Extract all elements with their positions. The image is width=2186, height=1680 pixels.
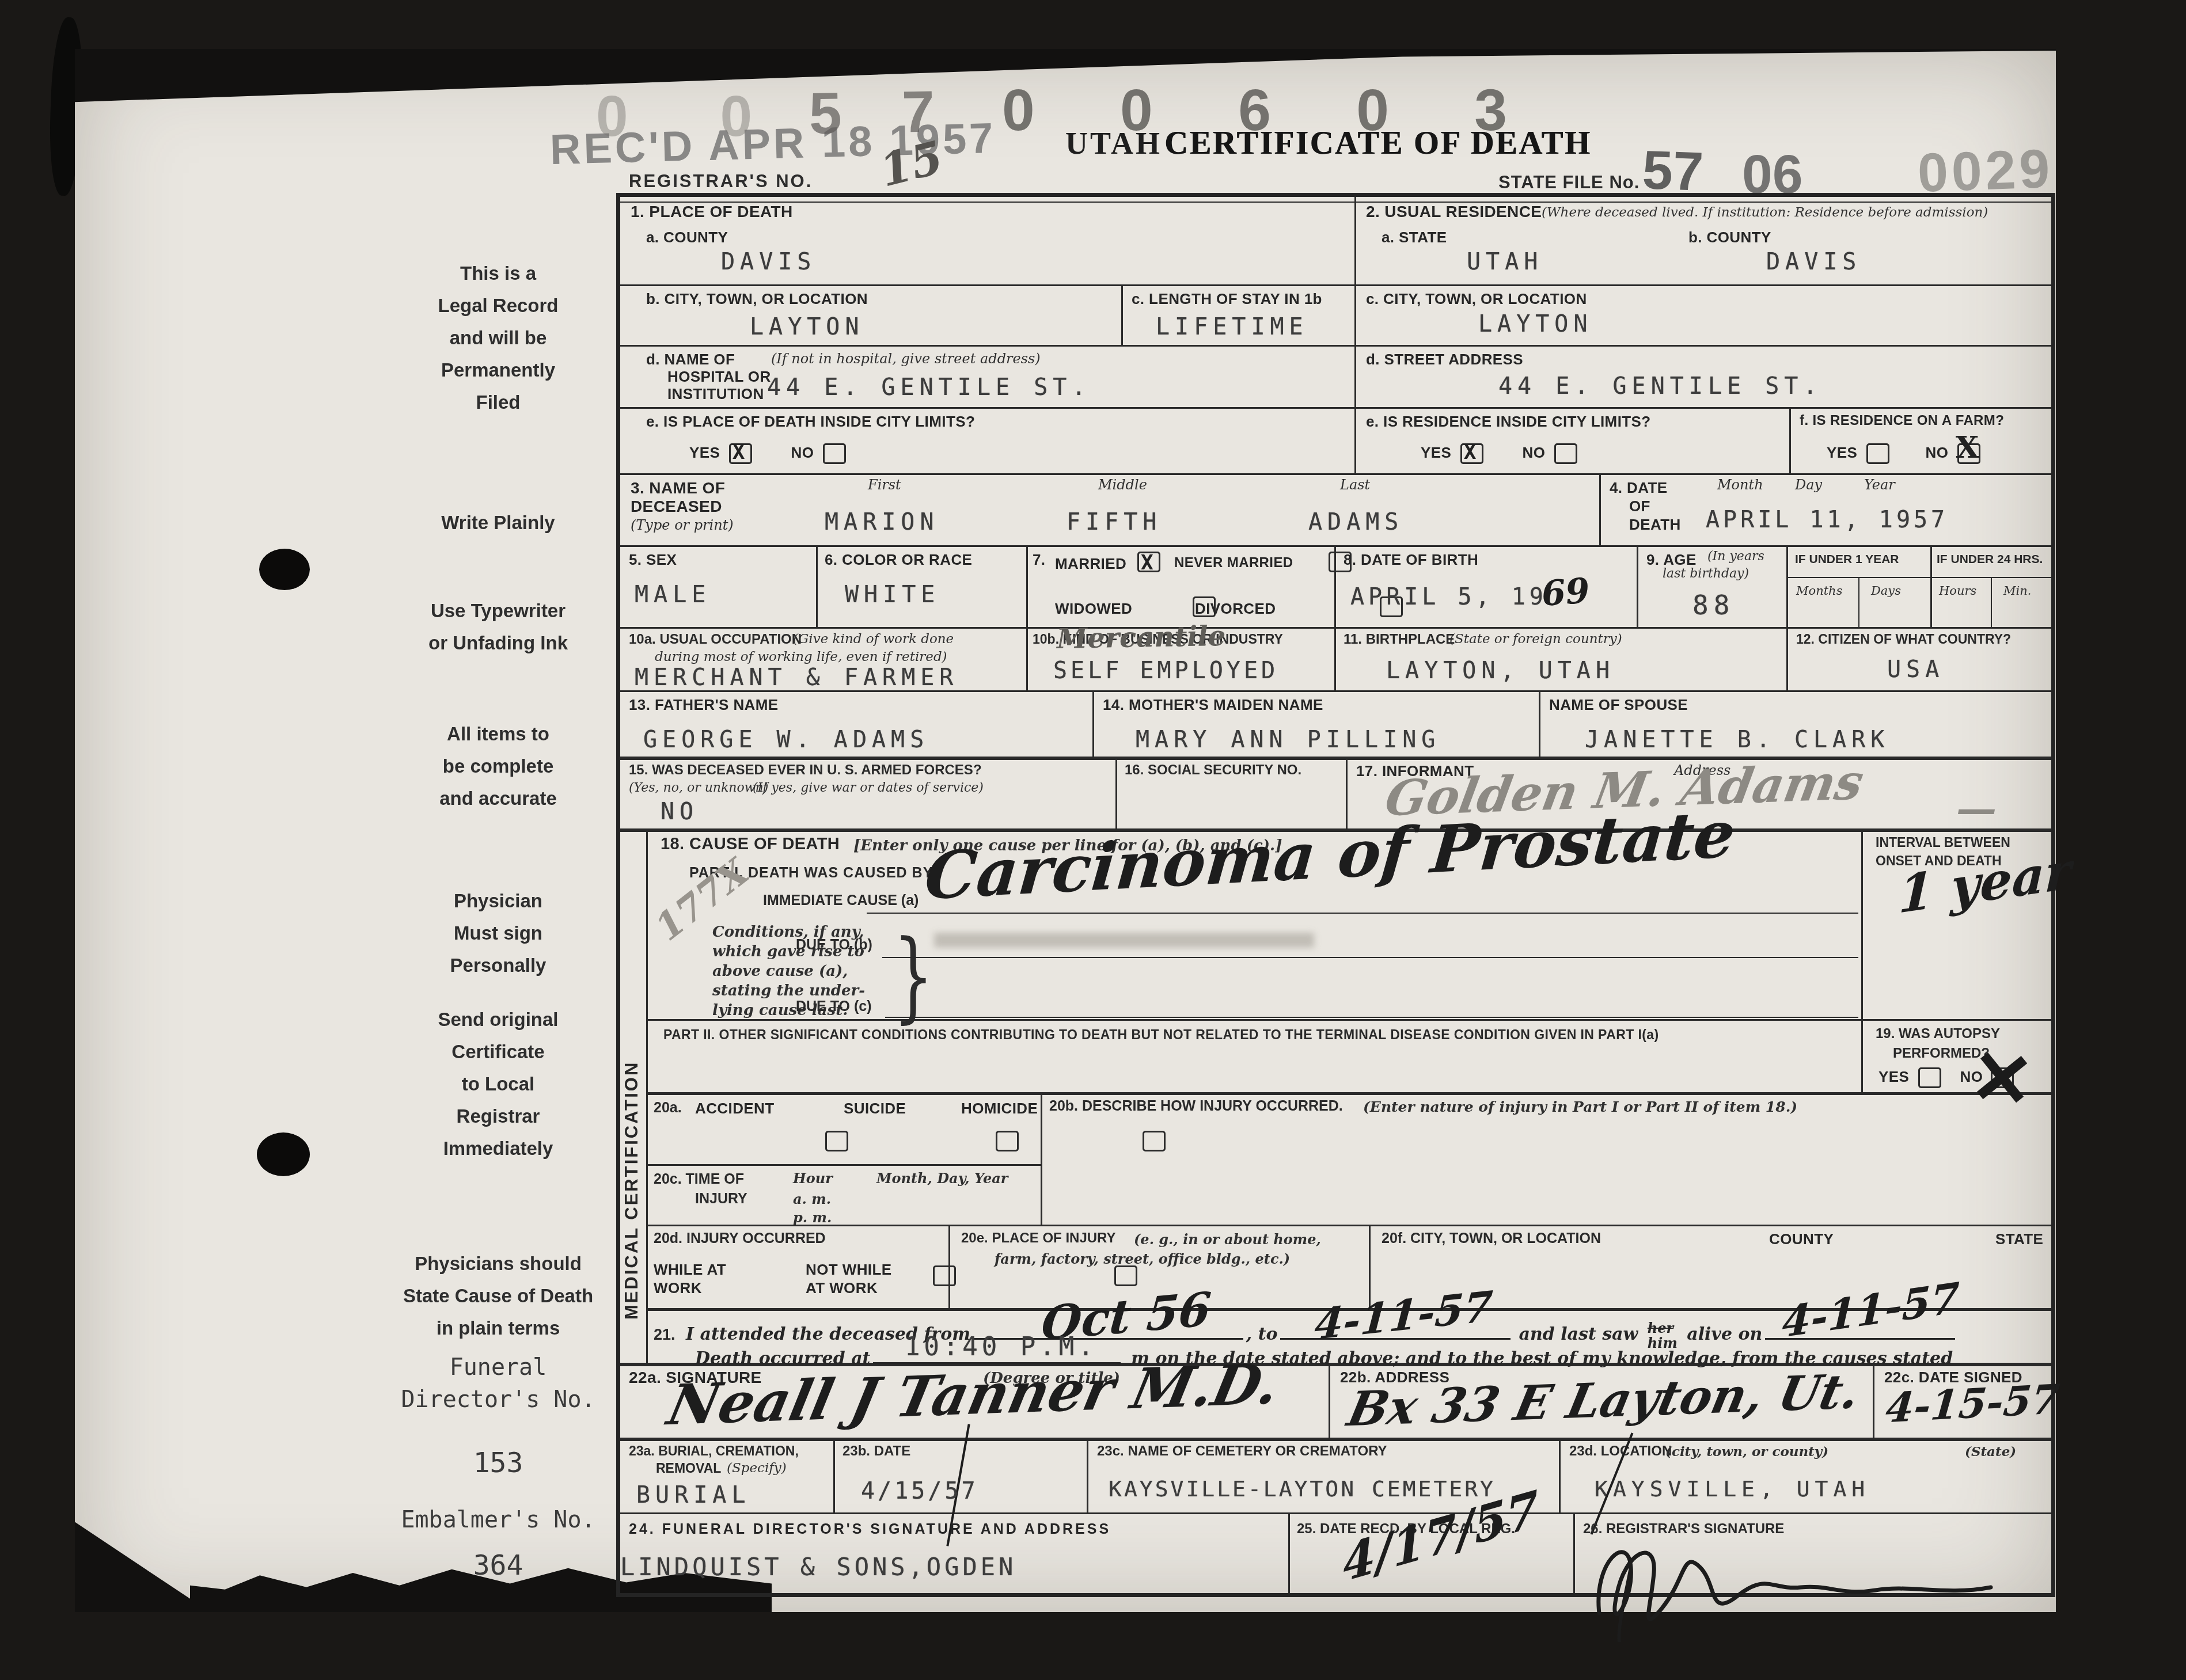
burial-date-value: 4/15/57 xyxy=(861,1478,978,1504)
hospital-name-note: (If not in hospital, give street address… xyxy=(771,351,1041,367)
certificate-paper: This is a Legal Record and will be Perma… xyxy=(75,49,2056,1612)
accident-row-number: 20a. xyxy=(654,1100,682,1116)
burial-date-label: 23b. DATE xyxy=(842,1443,910,1459)
residence-city-limits-label: e. IS RESIDENCE INSIDE CITY LIMITS? xyxy=(1366,413,1651,431)
widowed-label: WIDOWED xyxy=(1055,600,1132,618)
injury-county-header: COUNTY xyxy=(1769,1230,1834,1248)
mother-maiden-label: 14. MOTHER'S MAIDEN NAME xyxy=(1103,696,1323,714)
age-note-1: (In years xyxy=(1707,549,1764,564)
part2-label: PART II. OTHER SIGNIFICANT CONDITIONS CO… xyxy=(663,1027,1659,1043)
birthplace-value: LAYTON, UTAH xyxy=(1386,657,1615,684)
punch-hole-top xyxy=(259,549,310,590)
suicide-checkbox xyxy=(996,1131,1019,1151)
no-label: NO xyxy=(1925,444,1948,461)
grid-line xyxy=(646,1164,1041,1166)
last-saw-value: 4-11-57 xyxy=(1781,1272,1960,1347)
grid-line xyxy=(1559,1438,1561,1512)
checkbox-checked: X xyxy=(1460,443,1483,464)
spouse-name-value: JANETTE B. CLARK xyxy=(1585,727,1889,753)
certificate-title: UTAH CERTIFICATE OF DEATH xyxy=(1065,125,1592,162)
months-header: Months xyxy=(1796,584,1842,598)
grid-line xyxy=(646,1092,2051,1095)
grid-line xyxy=(1599,473,1601,545)
burial-label-1: 23a. BURIAL, CREMATION, xyxy=(629,1443,799,1459)
cemetery-value: KAYSVILLE-LAYTON CEMETERY xyxy=(1109,1476,1496,1502)
yes-label: YES xyxy=(1878,1068,1909,1085)
residence-county-label: b. COUNTY xyxy=(1688,229,1771,246)
mother-maiden-value: MARY ANN PILLING xyxy=(1136,727,1440,753)
month-day-year-header: Month, Day, Year xyxy=(876,1170,1008,1187)
no-label: NO xyxy=(791,444,814,461)
cemetery-location-value: KAYSVILLE, UTAH xyxy=(1595,1476,1870,1502)
street-address-label: d. STREET ADDRESS xyxy=(1366,351,1523,368)
attended-statement-line: 21. I attended the deceased from Oct 56 … xyxy=(654,1321,1955,1351)
grid-line xyxy=(1087,1438,1088,1512)
her-struck: her xyxy=(1648,1321,1678,1336)
date-of-birth-correction: 69 xyxy=(1540,571,1591,614)
while-at-work-checkbox xyxy=(933,1265,956,1286)
date-of-birth-value: APRIL 5, 19 xyxy=(1350,584,1547,610)
autopsy-no-x-mark: ✕ xyxy=(1966,1032,2037,1126)
grid-line xyxy=(646,1019,2051,1021)
grid-line xyxy=(1334,627,1336,690)
divorced-label: DIVORCED xyxy=(1195,600,1276,618)
death-city-value: LAYTON xyxy=(750,314,864,340)
due-to-c-line xyxy=(885,1017,1858,1018)
state-file-no-label: STATE FILE No. xyxy=(1498,172,1639,193)
citizen-value: USA xyxy=(1887,656,1944,683)
hospital-name-label-3: INSTITUTION xyxy=(667,385,764,403)
cemetery-state-note: (State) xyxy=(1965,1444,2016,1459)
usual-residence-note: (Where deceased lived. If institution: R… xyxy=(1542,205,1988,220)
burial-label-2: REMOVAL xyxy=(656,1461,721,1476)
interval-label-1: INTERVAL BETWEEN xyxy=(1876,835,2010,850)
cemetery-label: 23c. NAME OF CEMETERY OR CREMATORY xyxy=(1097,1443,1387,1459)
armed-forces-label: 15. WAS DECEASED EVER IN U. S. ARMED FOR… xyxy=(629,762,982,778)
conditions-note-line: stating the under- xyxy=(712,982,865,999)
date-of-death-label-3: DEATH xyxy=(1629,516,1681,534)
armed-forces-note-1: (Yes, no, or unknown) xyxy=(629,781,768,795)
grid-line xyxy=(1115,757,1117,828)
hours-header: Hours xyxy=(1939,584,1976,598)
grid-line xyxy=(1873,1363,1874,1438)
street-address-value: 44 E. GENTILE ST. xyxy=(1498,373,1822,400)
birthplace-note: (State or foreign country) xyxy=(1449,632,1622,647)
accident-label: ACCIDENT xyxy=(695,1100,775,1118)
middle-name-value: FIFTH xyxy=(1067,509,1162,535)
grid-line xyxy=(1858,577,1859,627)
due-to-c-label: DUE TO (c) xyxy=(796,998,872,1015)
certificate-form: MEDICAL CERTIFICATION 1. PLACE OF DEATH … xyxy=(616,193,2055,1597)
residence-county-value: DAVIS xyxy=(1766,249,1861,275)
suicide-label: SUICIDE xyxy=(844,1100,906,1118)
citizen-label: 12. CITIZEN OF WHAT COUNTRY? xyxy=(1796,632,2011,647)
armed-forces-value: NO xyxy=(661,799,699,825)
first-name-value: MARION xyxy=(825,509,939,535)
if-under-24-hrs-label: IF UNDER 24 HRS. xyxy=(1937,553,2043,567)
title-state: UTAH xyxy=(1065,126,1162,161)
grid-line xyxy=(620,473,2051,475)
month-header: Month xyxy=(1717,477,1763,493)
grid-line xyxy=(1354,197,1356,473)
registrar-signature-scribble xyxy=(1576,1527,2014,1642)
grid-line xyxy=(620,202,2051,203)
day-header: Day xyxy=(1795,477,1822,493)
business-value-typed: SELF EMPLOYED xyxy=(1053,657,1278,684)
grid-line xyxy=(646,1225,2051,1226)
name-of-deceased-label: 3. NAME OF xyxy=(631,479,725,497)
immediate-cause-line xyxy=(867,913,1858,914)
grid-line xyxy=(1092,690,1094,757)
not-while-at-work-label: NOT WHILE xyxy=(806,1261,891,1279)
check-mark: X xyxy=(1141,551,1153,575)
name-of-deceased-label-2: DECEASED xyxy=(631,497,722,516)
ssn-label: 16. SOCIAL SECURITY NO. xyxy=(1125,762,1301,778)
checkbox-empty xyxy=(1918,1067,1941,1088)
middle-name-header: Middle xyxy=(1098,477,1147,493)
type-or-print-note: (Type or print) xyxy=(631,517,734,533)
grid-line xyxy=(1041,1092,1042,1225)
death-city-label: b. CITY, TOWN, OR LOCATION xyxy=(646,290,868,308)
cause-of-death-value: Carcinoma of Prostate xyxy=(922,796,1738,914)
age-note-2: last birthday) xyxy=(1663,567,1749,581)
homicide-checkbox xyxy=(1143,1131,1166,1151)
date-of-death-label: 4. DATE xyxy=(1610,479,1668,497)
hospital-name-label: d. NAME OF xyxy=(646,351,735,368)
due-to-b-line xyxy=(882,957,1858,958)
scanned-death-certificate: { "header": { "received_stamp": "REC'D A… xyxy=(0,0,2186,1680)
date-of-death-value: APRIL 11, 1957 xyxy=(1706,507,1948,533)
attended-to-value: 4-11-57 xyxy=(1313,1281,1494,1350)
sex-label: 5. SEX xyxy=(629,551,677,569)
grid-line xyxy=(1026,545,1028,627)
immediate-cause-label: IMMEDIATE CAUSE (a) xyxy=(763,892,919,909)
injury-city-label: 20f. CITY, TOWN, OR LOCATION xyxy=(1382,1230,1601,1247)
medical-certification-vertical-label: MEDICAL CERTIFICATION xyxy=(621,882,642,1320)
conditions-note-line: above cause (a), xyxy=(712,963,848,980)
date-signed-value: 4-15-57 xyxy=(1884,1375,2062,1432)
grid-line xyxy=(646,828,648,1363)
sex-value: MALE xyxy=(635,581,711,608)
first-name-header: First xyxy=(868,477,901,493)
residence-state-label: a. STATE xyxy=(1382,229,1447,246)
grid-line xyxy=(1288,1512,1290,1593)
if-under-1-year-label: IF UNDER 1 YEAR xyxy=(1795,553,1899,567)
length-of-stay-value: LIFETIME xyxy=(1156,314,1308,340)
checkbox-empty xyxy=(1554,443,1577,464)
not-while-at-work-label-2: AT WORK xyxy=(806,1279,878,1297)
grid-line xyxy=(1786,545,1788,627)
place-of-injury-label: 20e. PLACE OF INJURY xyxy=(961,1230,1116,1246)
item-21-number: 21. xyxy=(654,1326,675,1343)
check-mark: X xyxy=(1464,440,1477,464)
grid-line xyxy=(1539,690,1540,757)
grid-line xyxy=(1121,284,1123,345)
scan-bottom-corner xyxy=(75,1514,210,1612)
yes-label: YES xyxy=(1827,444,1857,461)
residence-state-value: UTAH xyxy=(1467,249,1543,275)
injury-state-header: STATE xyxy=(1995,1230,2043,1248)
cause-smudge xyxy=(934,933,1314,948)
county-label: a. COUNTY xyxy=(646,229,728,246)
pm-label: p. m. xyxy=(793,1209,832,1226)
never-married-label: NEVER MARRIED xyxy=(1174,555,1293,571)
homicide-label: HOMICIDE xyxy=(961,1100,1038,1118)
while-at-work-label-2: WORK xyxy=(654,1279,702,1297)
last-saw-text: and last saw xyxy=(1519,1324,1638,1344)
last-saw-slot: 4-11-57 xyxy=(1765,1338,1955,1340)
place-of-death-header: 1. PLACE OF DEATH xyxy=(631,203,793,221)
check-mark: X xyxy=(733,440,745,464)
residence-farm-boxes: YES NO X xyxy=(1827,443,1980,464)
hospital-name-value: 44 E. GENTILE ST. xyxy=(767,374,1091,401)
death-city-limits-label: e. IS PLACE OF DEATH INSIDE CITY LIMITS? xyxy=(646,413,975,431)
grid-line xyxy=(816,545,818,627)
grid-line xyxy=(620,407,2051,409)
due-to-b-label: DUE TO (b) xyxy=(796,937,872,953)
grid-line xyxy=(1786,577,2051,578)
occupation-label: 10a. USUAL OCCUPATION xyxy=(629,632,802,648)
am-label: a. m. xyxy=(793,1191,831,1207)
checkbox-checked: X xyxy=(729,443,752,464)
checkbox-empty xyxy=(1866,443,1889,464)
informant-dash: — xyxy=(1956,784,1997,832)
color-race-value: WHITE xyxy=(845,581,940,608)
grid-line xyxy=(1789,407,1791,473)
death-time-value: 10:40 P.M. xyxy=(905,1332,1098,1362)
age-value: 88 xyxy=(1692,590,1735,621)
hour-header: Hour xyxy=(793,1170,833,1187)
residence-city-label: c. CITY, TOWN, OR LOCATION xyxy=(1366,290,1587,308)
min-header: Min. xyxy=(2003,584,2031,598)
stamped-digits-faint: 0 0 xyxy=(596,83,790,150)
accident-checkbox xyxy=(825,1131,848,1151)
armed-forces-note-2: (If yes, give war or dates of service) xyxy=(753,781,984,795)
checkbox-empty xyxy=(823,443,846,464)
funeral-director-label: 24. FUNERAL DIRECTOR'S SIGNATURE AND ADD… xyxy=(629,1521,1111,1538)
grid-line xyxy=(1991,577,1992,627)
time-of-injury-label-2: INJURY xyxy=(695,1191,747,1207)
injury-occurred-label: 20d. INJURY OCCURRED xyxy=(654,1230,826,1247)
registrar-no-label: REGISTRAR'S NO. xyxy=(629,171,813,192)
death-limits-yes: YES X NO xyxy=(689,443,846,464)
checkbox-checked-handwritten: X xyxy=(1957,443,1980,464)
no-label: NO xyxy=(1522,444,1545,461)
grid-line xyxy=(1861,828,1863,1092)
time-of-injury-label: 20c. TIME OF xyxy=(654,1171,744,1188)
death-occurred-text: Death occurred at xyxy=(695,1348,870,1369)
marital-number: 7. xyxy=(1033,551,1045,569)
title-main: CERTIFICATE OF DEATH xyxy=(1164,126,1592,161)
residence-limits-yes: YES X NO xyxy=(1421,443,1577,464)
days-header: Days xyxy=(1871,584,1901,598)
to-text: , to xyxy=(1246,1324,1278,1344)
grid-line xyxy=(1930,545,1932,627)
residence-farm-label: f. IS RESIDENCE ON A FARM? xyxy=(1800,413,2004,429)
cause-of-death-header: 18. CAUSE OF DEATH xyxy=(661,835,840,854)
grid-line xyxy=(833,1438,835,1512)
married-checkbox: X xyxy=(1137,552,1160,572)
burial-value: BURIAL xyxy=(636,1482,751,1508)
yes-label: YES xyxy=(689,444,720,461)
burial-specify-note: (Specify) xyxy=(727,1461,787,1476)
last-name-header: Last xyxy=(1340,477,1370,493)
spouse-name-label: NAME OF SPOUSE xyxy=(1549,696,1688,714)
funeral-director-value: LINDQUIST & SONS,OGDEN xyxy=(620,1553,1016,1581)
while-at-work-label: WHILE AT xyxy=(654,1261,726,1279)
yes-label: YES xyxy=(1421,444,1451,461)
punch-hole-bottom xyxy=(257,1132,310,1176)
date-of-birth-label: 8. DATE OF BIRTH xyxy=(1344,551,1478,569)
father-name-label: 13. FATHER'S NAME xyxy=(629,696,779,714)
father-name-value: GEORGE W. ADAMS xyxy=(643,727,929,753)
grid-line xyxy=(620,284,2051,286)
year-header: Year xyxy=(1864,477,1895,493)
residence-city-value: LAYTON xyxy=(1478,311,1593,337)
usual-residence-header: 2. USUAL RESIDENCE xyxy=(1366,203,1542,221)
business-value-pencil: Mercantile xyxy=(1057,620,1226,655)
cemetery-location-note: (city, town, or county) xyxy=(1665,1444,1828,1459)
occupation-value: MERCHANT & FARMER xyxy=(635,664,958,691)
hospital-name-label-2: HOSPITAL OR xyxy=(667,368,771,386)
her-him-stack: her him xyxy=(1648,1321,1678,1351)
length-of-stay-label: c. LENGTH OF STAY IN 1b xyxy=(1132,290,1322,308)
grid-line xyxy=(620,345,2051,347)
married-label: MARRIED xyxy=(1055,555,1126,573)
county-value: DAVIS xyxy=(721,249,816,275)
alive-on-text: alive on xyxy=(1687,1324,1762,1344)
birthplace-label: 11. BIRTHPLACE xyxy=(1344,632,1455,648)
grid-line xyxy=(620,1512,2051,1514)
not-while-at-work-checkbox xyxy=(1114,1265,1137,1286)
grid-line xyxy=(1573,1512,1575,1593)
last-name-value: ADAMS xyxy=(1308,509,1403,535)
date-of-death-label-2: OF xyxy=(1629,497,1650,515)
occupation-note-1: (Give kind of work done xyxy=(793,632,954,647)
grid-line xyxy=(1329,1363,1330,1438)
check-mark: X xyxy=(1956,430,1979,465)
attended-to-slot: 4-11-57 xyxy=(1280,1338,1511,1340)
grid-line xyxy=(1786,627,1788,690)
describe-injury-note: (Enter nature of injury in Part I or Par… xyxy=(1363,1099,1797,1115)
grid-line xyxy=(1026,627,1028,690)
describe-injury-label: 20b. DESCRIBE HOW INJURY OCCURRED. xyxy=(1049,1098,1343,1115)
color-race-label: 6. COLOR OR RACE xyxy=(825,551,972,569)
place-of-injury-note-2: farm, factory, street, office bldg., etc… xyxy=(995,1251,1290,1267)
grid-line xyxy=(1637,545,1638,627)
occupation-note-2: during most of working life, even if ret… xyxy=(655,649,947,664)
place-of-injury-note-1: (e. g., in or about home, xyxy=(1134,1231,1321,1248)
